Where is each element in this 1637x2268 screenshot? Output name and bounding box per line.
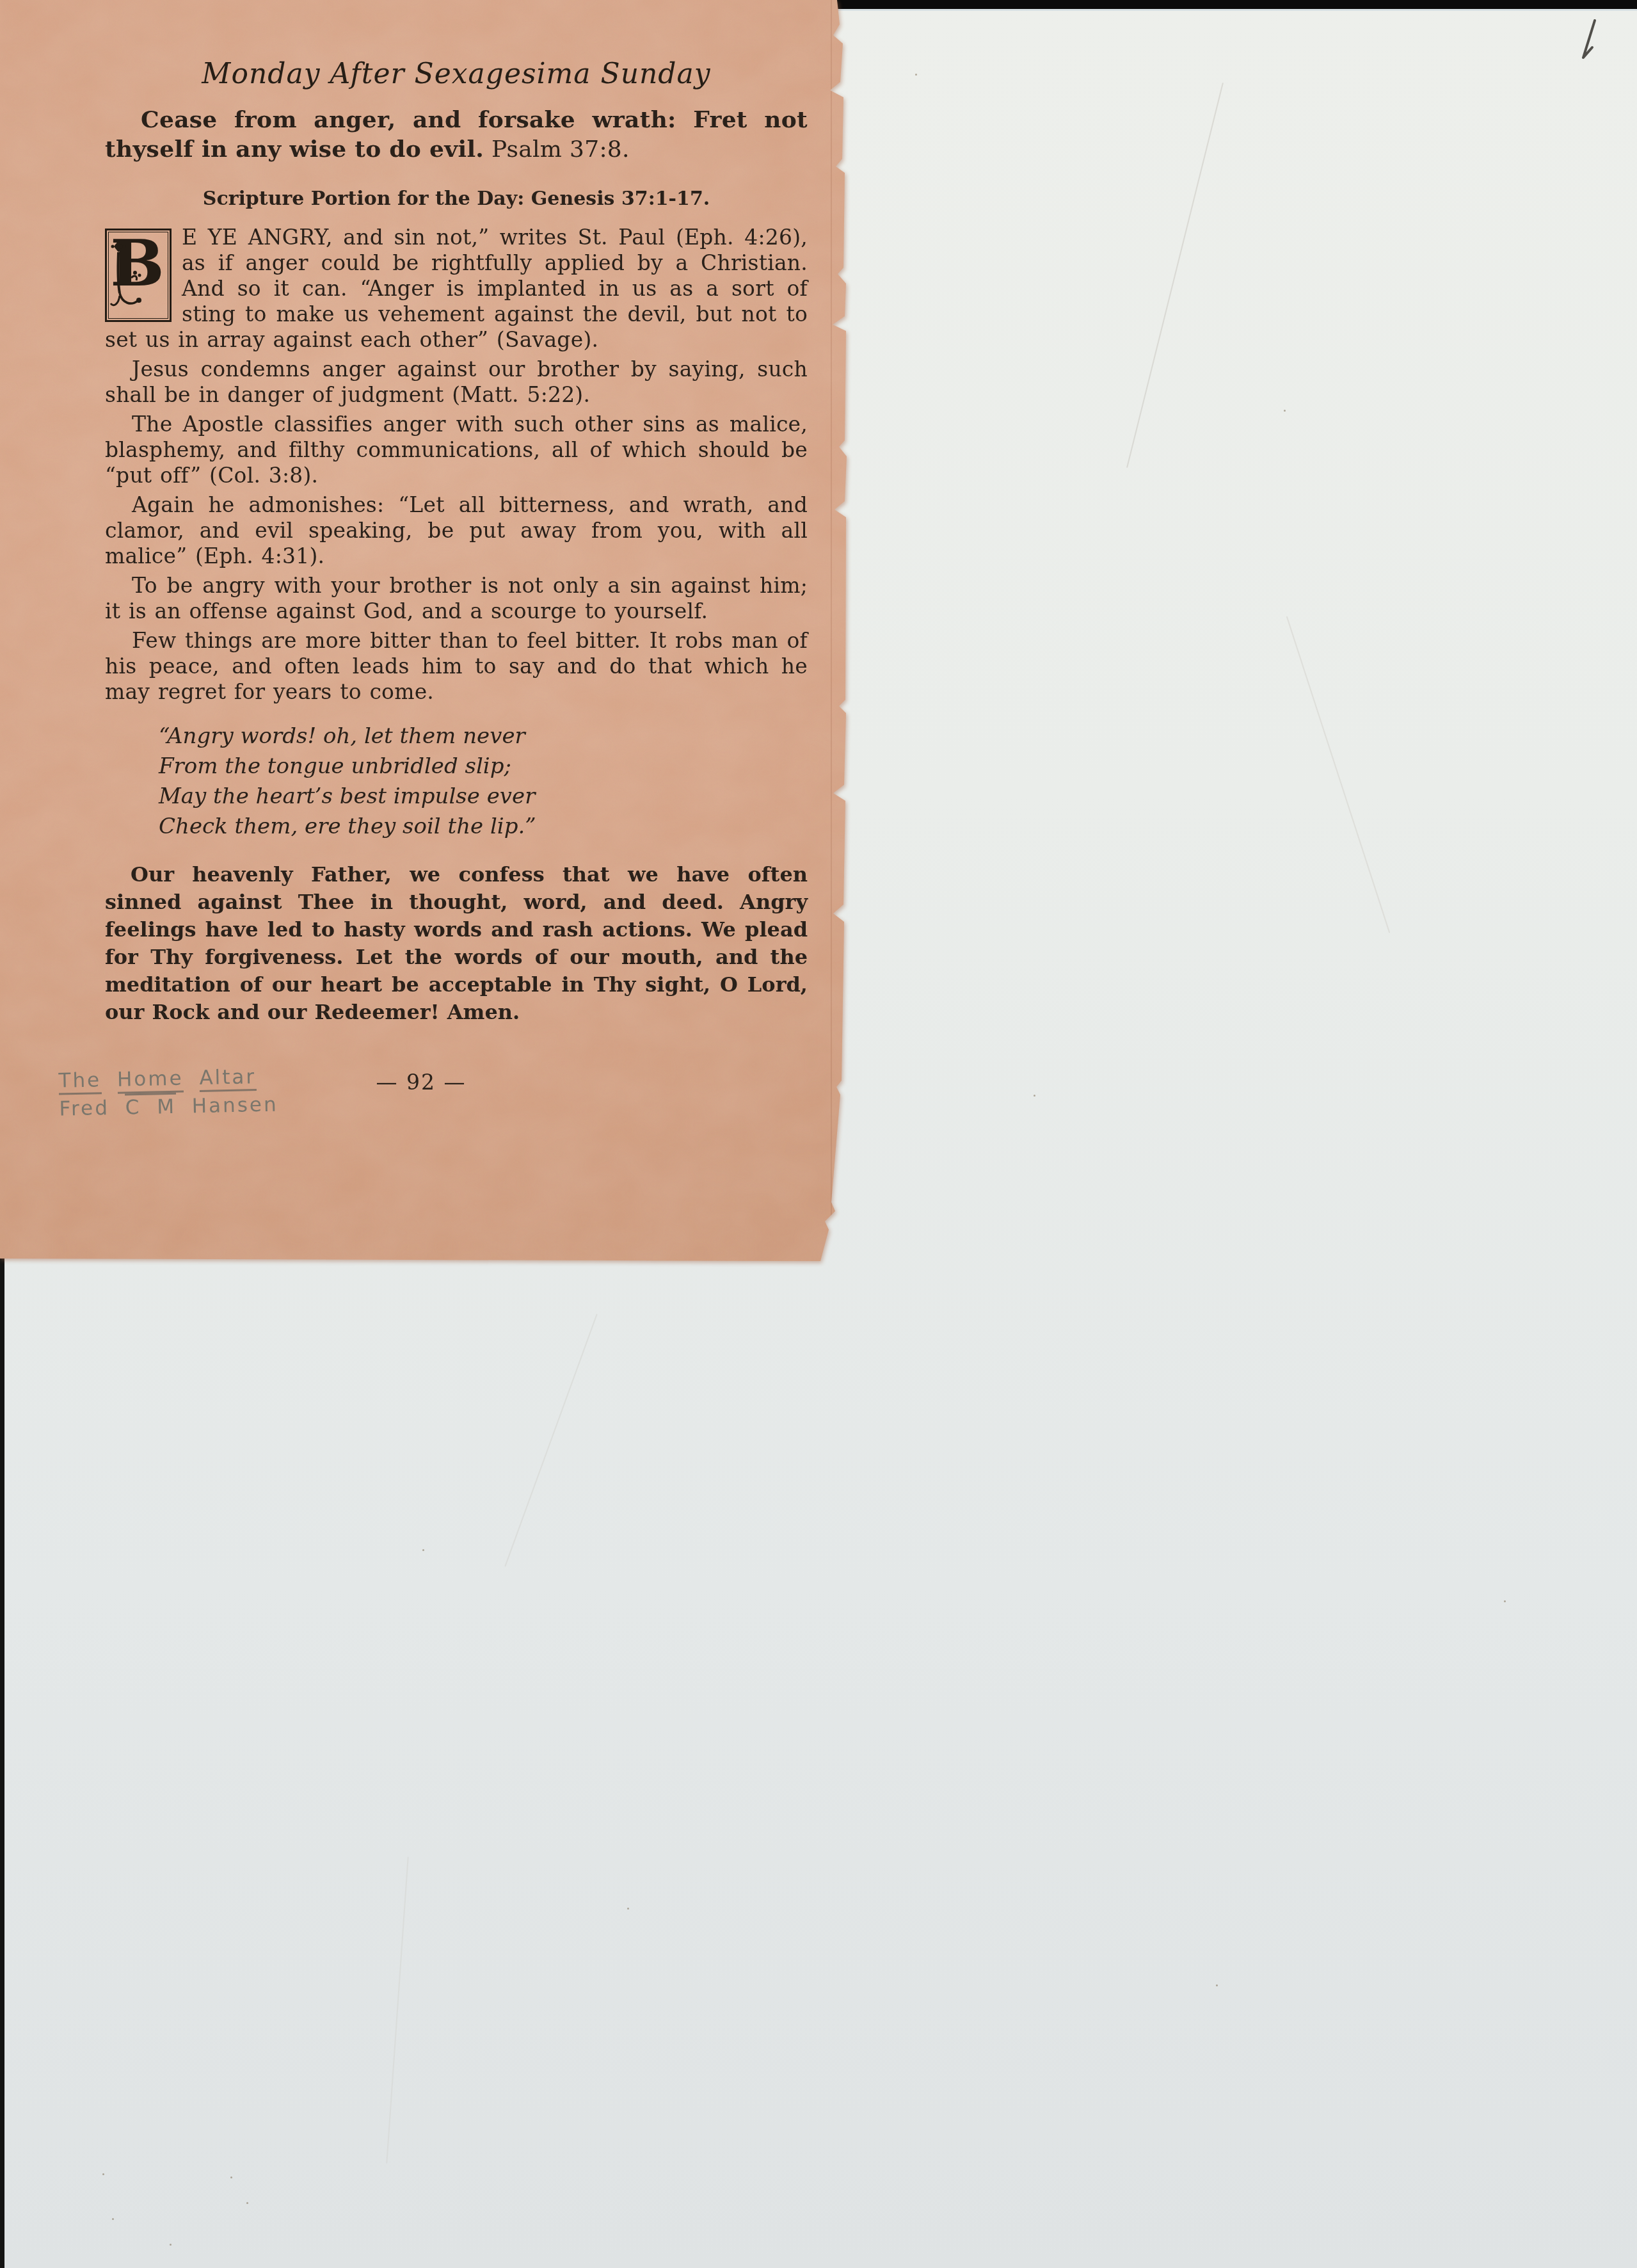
scan-crease-streak xyxy=(1286,616,1391,933)
torn-page: Monday After Sexagesima Sunday Cease fro… xyxy=(0,0,851,1267)
poem-line: “Angry words! oh, let them never xyxy=(159,721,808,752)
paragraph: Again he admonishes: “Let all bitterness… xyxy=(105,492,808,569)
handwriting-word: Fred xyxy=(59,1097,109,1121)
dust-speck xyxy=(102,2173,104,2175)
dust-speck xyxy=(1216,1984,1218,1986)
paragraph: B E YE ANGRY, and sin not,” writes St. P xyxy=(105,225,808,353)
scan-crease-streak xyxy=(386,1857,408,2164)
scratch-mark xyxy=(1569,18,1602,72)
dust-speck xyxy=(422,1549,424,1551)
poem-line: May the heart’s best impulse ever xyxy=(159,782,808,812)
drop-cap-box: B xyxy=(105,229,172,322)
floral-ornament-icon xyxy=(109,237,145,316)
scripture-portion-line: Scripture Portion for the Day: Genesis 3… xyxy=(105,188,808,211)
lead-verse: Cease from anger, and forsake wrath: Fre… xyxy=(105,105,808,165)
dust-speck xyxy=(1034,1095,1035,1097)
paragraph: Jesus condemns anger against our brother… xyxy=(105,357,808,408)
page-footer: The Home Altar Fred C M Hansen — 92 — xyxy=(105,1062,808,1145)
poem-line: From the tongue unbridled slip; xyxy=(159,752,808,782)
dust-speck xyxy=(915,74,917,76)
handwriting-word: Hansen xyxy=(191,1093,278,1118)
dust-speck xyxy=(1504,1600,1506,1602)
handwriting-line: Fred C M Hansen xyxy=(59,1090,278,1123)
page-paper: Monday After Sexagesima Sunday Cease fro… xyxy=(0,0,851,1267)
paragraph-text: E YE ANGRY, and sin not,” writes St. Pau… xyxy=(105,225,808,352)
dust-speck xyxy=(112,2218,114,2220)
scanner-strip-glow xyxy=(832,9,1637,11)
drop-cap-letter: B xyxy=(110,228,164,298)
dust-speck xyxy=(627,1908,629,1910)
dust-speck xyxy=(1284,410,1286,412)
lead-verse-reference: Psalm 37:8. xyxy=(484,136,630,163)
paragraph: To be angry with your brother is not onl… xyxy=(105,573,808,624)
scanner-black-strip-left xyxy=(0,1259,4,2268)
scan-crease-streak xyxy=(1126,83,1224,468)
lead-verse-text: Cease from anger, and forsake wrath: Fre… xyxy=(105,106,808,163)
dust-speck xyxy=(246,2202,248,2204)
scanned-document: { "page": { "header_title": "Monday Afte… xyxy=(0,0,1637,2268)
poem-stanza: “Angry words! oh, let them never From th… xyxy=(159,721,808,842)
scanner-black-strip-top xyxy=(832,0,1637,9)
handwriting-word: C M xyxy=(125,1093,176,1120)
scan-crease-streak xyxy=(504,1314,598,1566)
poem-line: Check them, ere they soil the lip.” xyxy=(159,812,808,842)
paragraph: The Apostle classifies anger with such o… xyxy=(105,412,808,488)
page-content: Monday After Sexagesima Sunday Cease fro… xyxy=(0,0,851,1267)
page-title: Monday After Sexagesima Sunday xyxy=(105,59,808,90)
dust-speck xyxy=(170,2244,172,2246)
page-number: — 92 — xyxy=(70,1070,772,1095)
dust-speck xyxy=(230,2176,232,2178)
paragraph: Few things are more bitter than to feel … xyxy=(105,628,808,705)
prayer-paragraph: Our heavenly Father, we confess that we … xyxy=(105,861,808,1026)
